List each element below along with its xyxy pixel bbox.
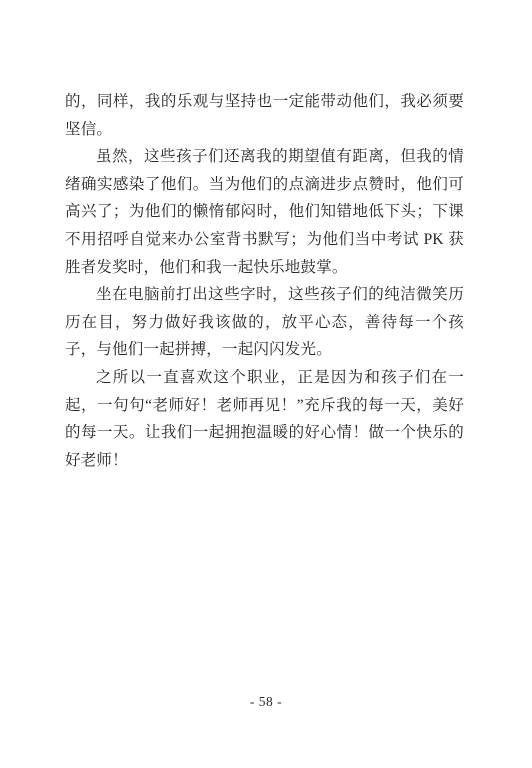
document-page: 的，同样，我的乐观与坚持也一定能带动他们，我必须要坚信。 虽然，这些孩子们还离我…	[0, 0, 532, 768]
body-paragraph-3: 坐在电脑前打出这些字时，这些孩子们的纯洁微笑历历在目，努力做好我该做的，放平心态…	[65, 281, 464, 364]
body-paragraph-2: 虽然，这些孩子们还离我的期望值有距离，但我的情绪确实感染了他们。当为他们的点滴进…	[65, 143, 464, 281]
body-paragraph-4: 之所以一直喜欢这个职业，正是因为和孩子们在一起，一句句“老师好！老师再见！”充斥…	[65, 364, 464, 474]
page-number: - 58 -	[0, 694, 532, 710]
body-paragraph-1: 的，同样，我的乐观与坚持也一定能带动他们，我必须要坚信。	[65, 88, 464, 143]
body-text: 的，同样，我的乐观与坚持也一定能带动他们，我必须要坚信。 虽然，这些孩子们还离我…	[65, 88, 464, 474]
